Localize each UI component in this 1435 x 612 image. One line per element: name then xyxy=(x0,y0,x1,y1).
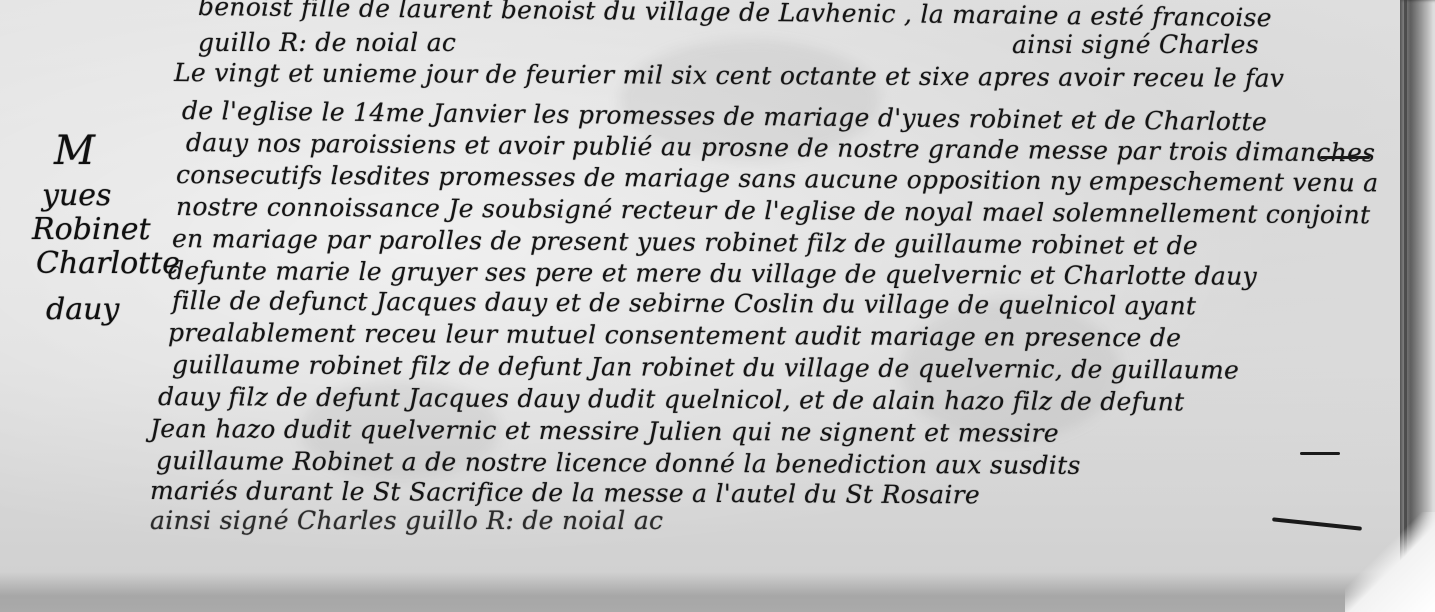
margin-note-groom-surname: Robinet xyxy=(32,212,151,247)
record-line-3: Le vingt et unieme jour de feurier mil s… xyxy=(174,58,1284,93)
binding-line xyxy=(1404,0,1407,560)
record-line-17-signature: ainsi signé Charles guillo R: de noial a… xyxy=(150,506,663,535)
record-line-2-signature: ainsi signé Charles xyxy=(1012,30,1259,59)
record-line-13: dauy filz de defunt Jacques dauy dudit q… xyxy=(158,382,1185,416)
record-line-11: prealablement receu leur mutuel consente… xyxy=(168,318,1181,352)
margin-note-bride-first: Charlotte xyxy=(36,246,180,281)
record-line-9: defunte marie le gruyer ses pere et mere… xyxy=(168,256,1257,291)
record-line-7: nostre connoissance Je soubsigné recteur… xyxy=(176,192,1371,229)
record-line-16: mariés durant le St Sacrifice de la mess… xyxy=(150,476,980,509)
line-end-flourish xyxy=(1300,452,1340,455)
record-line-2: guillo R: de noial ac xyxy=(198,28,456,57)
page-corner-curl xyxy=(1345,512,1435,612)
margin-note-initial: M xyxy=(54,128,95,174)
record-line-12: guillaume robinet filz de defunt Jan rob… xyxy=(172,350,1239,385)
record-line-10: fille de defunct Jacques dauy et de sebi… xyxy=(172,286,1196,320)
register-page-scan: M yues Robinet Charlotte dauy benoist fi… xyxy=(0,0,1435,612)
margin-note-bride-surname: dauy xyxy=(46,292,119,327)
page-bottom-shadow xyxy=(0,572,1400,612)
record-line-15: guillaume Robinet a de nostre licence do… xyxy=(156,446,1081,480)
record-line-14: Jean hazo dudit quelvernic et messire Ju… xyxy=(150,414,1059,448)
record-line-8: en mariage par parolles de present yues … xyxy=(172,224,1198,260)
line-end-flourish xyxy=(1320,156,1370,159)
margin-note-groom-first: yues xyxy=(42,178,111,213)
